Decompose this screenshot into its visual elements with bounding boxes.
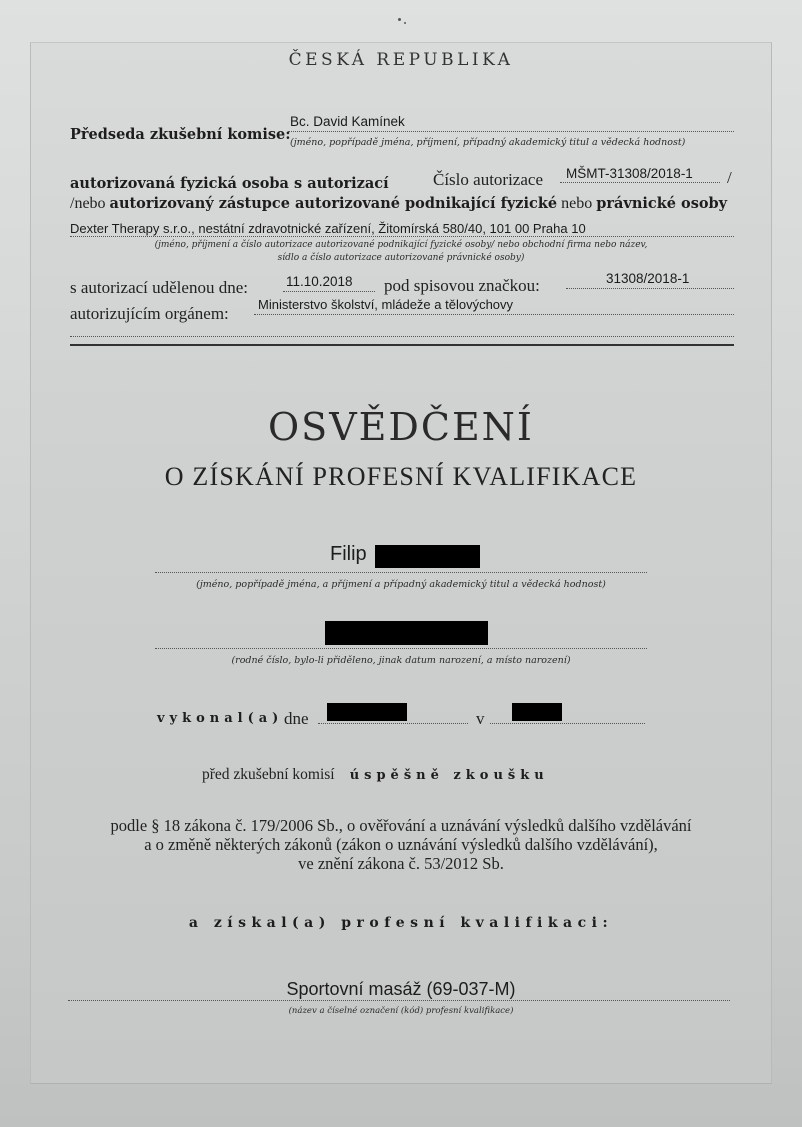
- file-ref-value: 31308/2018-1: [606, 271, 689, 286]
- law-line-2: a o změně některých zákonů (zákon o uzná…: [0, 835, 802, 855]
- authorized-person-label: autorizovaná fyzická osoba s autorizací: [70, 175, 389, 192]
- redacted-exam-date: [327, 703, 407, 721]
- exam-date-underline: [318, 723, 468, 724]
- organization-value: Dexter Therapy s.r.o., nestátní zdravotn…: [70, 221, 586, 236]
- authorization-number-value: MŠMT-31308/2018-1: [566, 166, 693, 181]
- chair-value: Bc. David Kamínek: [290, 114, 405, 129]
- holder-first-name: Filip: [330, 543, 367, 566]
- law-line-1: podle § 18 zákona č. 179/2006 Sb., o ově…: [0, 816, 802, 836]
- date-label: dne: [284, 709, 309, 729]
- paper-speck: [404, 22, 406, 24]
- representative-line: /nebo autorizovaný zástupce autorizované…: [70, 195, 727, 213]
- holder-name-underline: [155, 572, 647, 573]
- organization-hint-1: (jméno, příjmení a číslo autorizace auto…: [0, 240, 802, 250]
- representative-prefix: /nebo: [70, 195, 110, 212]
- paper-speck: [398, 18, 401, 21]
- representative-mid: nebo: [557, 195, 596, 212]
- qualification-hint: (název a číselné označení (kód) profesní…: [0, 1006, 802, 1016]
- acquired-label: a získal(a) profesní kvalifikaci:: [0, 915, 802, 931]
- certificate-title: OSVĚDČENÍ: [0, 405, 802, 449]
- file-ref-underline: [566, 288, 734, 289]
- performed-label: vykonal(a): [157, 711, 283, 726]
- authority-value: Ministerstvo školství, mládeže a tělovýc…: [258, 297, 513, 312]
- place-label: v: [476, 709, 485, 729]
- representative-bold-1: autorizovaný zástupce autorizované podni…: [110, 195, 558, 212]
- birth-hint: (rodné číslo, bylo-li přiděleno, jinak d…: [0, 655, 802, 666]
- exam-place-underline: [490, 723, 645, 724]
- exam-prefix: před zkušební komisí: [202, 766, 335, 783]
- birth-underline: [155, 648, 647, 649]
- chair-hint: (jméno, popřípadě jména, příjmení, přípa…: [290, 137, 685, 148]
- certificate-subtitle: O ZÍSKÁNÍ PROFESNÍ KVALIFIKACE: [0, 462, 802, 492]
- file-ref-label: pod spisovou značkou:: [384, 276, 540, 296]
- authorization-number-underline: [560, 182, 720, 183]
- blank-underline: [70, 336, 734, 337]
- organization-hint-2: sídlo a číslo autorizace autorizované pr…: [0, 253, 802, 263]
- country-heading: ČESKÁ REPUBLIKA: [0, 50, 802, 70]
- representative-bold-2: právnické osoby: [596, 195, 727, 212]
- authorization-number-label: Číslo autorizace: [433, 170, 543, 190]
- granted-label: s autorizací udělenou dne:: [70, 278, 248, 298]
- redacted-exam-place: [512, 703, 562, 721]
- redacted-surname: [375, 545, 480, 568]
- chair-label: Předseda zkušební komise:: [70, 126, 291, 143]
- granted-value: 11.10.2018: [286, 274, 353, 289]
- slash: /: [727, 168, 732, 188]
- organization-underline: [70, 236, 734, 237]
- exam-line: před zkušební komisí úspěšně zkoušku: [202, 764, 549, 784]
- granted-underline: [283, 291, 375, 292]
- authority-label: autorizujícím orgánem:: [70, 304, 229, 324]
- holder-name-hint: (jméno, popřípadě jména, a příjmení a př…: [0, 579, 802, 590]
- law-line-3: ve znění zákona č. 53/2012 Sb.: [0, 854, 802, 874]
- section-divider: [70, 344, 734, 346]
- qualification-value: Sportovní masáž (69-037-M): [0, 979, 802, 1000]
- authority-underline: [254, 314, 734, 315]
- redacted-birth-number: [325, 621, 488, 645]
- qualification-underline: [68, 1000, 730, 1001]
- chair-underline: [288, 131, 734, 132]
- exam-result: úspěšně zkoušku: [350, 768, 549, 783]
